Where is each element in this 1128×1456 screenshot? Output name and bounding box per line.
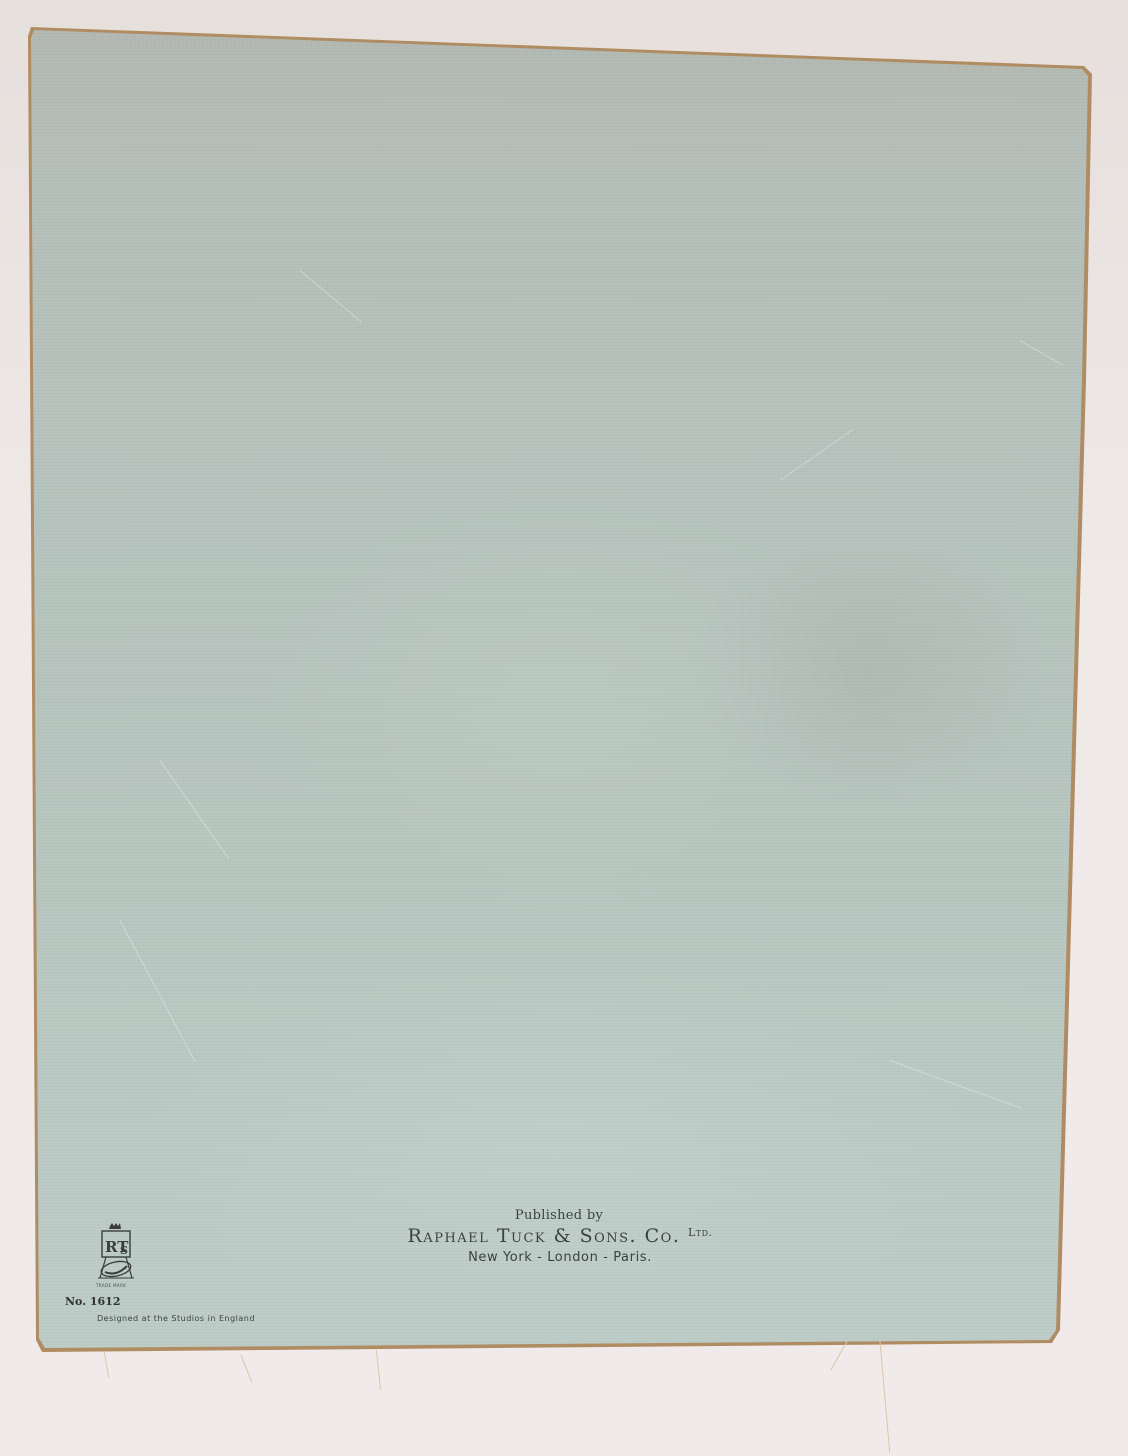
publisher-name: Raphael Tuck & Sons. Co. Ltd. [360, 1225, 760, 1247]
designed-note: Designed at the Studios in England [97, 1314, 255, 1323]
tuck-easel-palette-trademark-icon: RT S [92, 1222, 140, 1284]
publisher-imprint: Published by Raphael Tuck & Sons. Co. Lt… [360, 1208, 760, 1265]
publisher-cities: New York - London - Paris. [360, 1250, 760, 1265]
publisher-suffix: Ltd. [688, 1226, 713, 1239]
published-by-label: Published by [358, 1208, 760, 1223]
catalog-number: No. 1612 [65, 1295, 120, 1308]
trademark-label: TRADE MARK [96, 1283, 126, 1288]
svg-text:S: S [120, 1244, 128, 1257]
publisher-name-text: Raphael Tuck & Sons. Co. [408, 1225, 681, 1247]
